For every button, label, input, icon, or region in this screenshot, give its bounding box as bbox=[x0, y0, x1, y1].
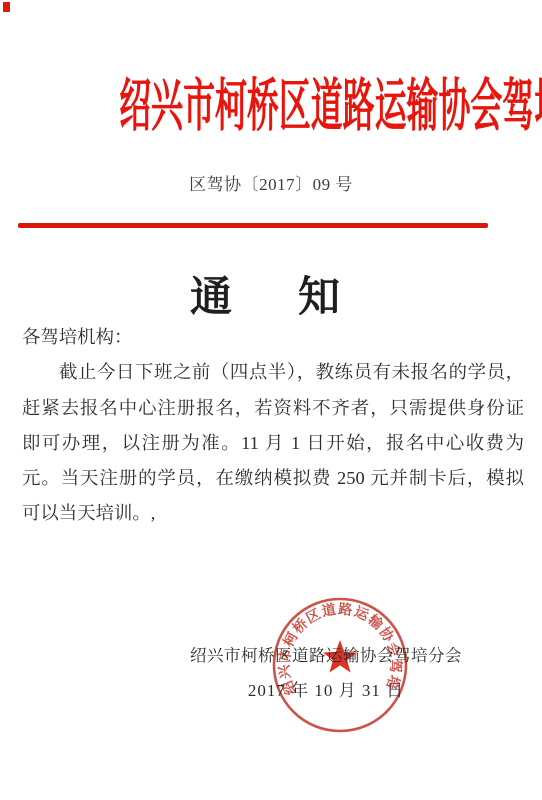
header-divider-line bbox=[18, 223, 488, 228]
signature-block: 绍兴市柯桥区道路运输协会驾培分会 2017 年 10 月 31 日 bbox=[100, 642, 542, 701]
document-page: 绍兴市柯桥区道路运输协会驾培分会文件 区驾协〔2017〕09 号 通 知 各驾培… bbox=[0, 0, 542, 800]
salutation: 各驾培机构： bbox=[22, 320, 524, 355]
body-line: 截止今日下班之前（四点半），教练员有未报名的学员， bbox=[22, 355, 524, 390]
notice-body: 各驾培机构： 截止今日下班之前（四点半），教练员有未报名的学员， 赶紧去报名中心… bbox=[22, 320, 524, 532]
notice-title: 通 知 bbox=[0, 264, 542, 324]
red-corner-mark bbox=[3, 2, 10, 12]
body-line: 即可办理，以注册为准。11 月 1 日开始，报名中心收费为 1200 bbox=[22, 426, 524, 461]
signature-org: 绍兴市柯桥区道路运输协会驾培分会 bbox=[100, 642, 542, 666]
body-line: 赶紧去报名中心注册报名，若资料不齐者，只需提供身份证 bbox=[22, 391, 524, 426]
document-number: 区驾协〔2017〕09 号 bbox=[0, 170, 542, 195]
document-header-title: 绍兴市柯桥区道路运输协会驾培分会文件 bbox=[119, 60, 423, 130]
body-line: 可以当天培训。, bbox=[22, 496, 524, 531]
signature-date: 2017 年 10 月 31 日 bbox=[100, 676, 542, 701]
body-line: 元。当天注册的学员，在缴纳模拟费 250 元并制卡后，模拟 bbox=[22, 461, 524, 496]
